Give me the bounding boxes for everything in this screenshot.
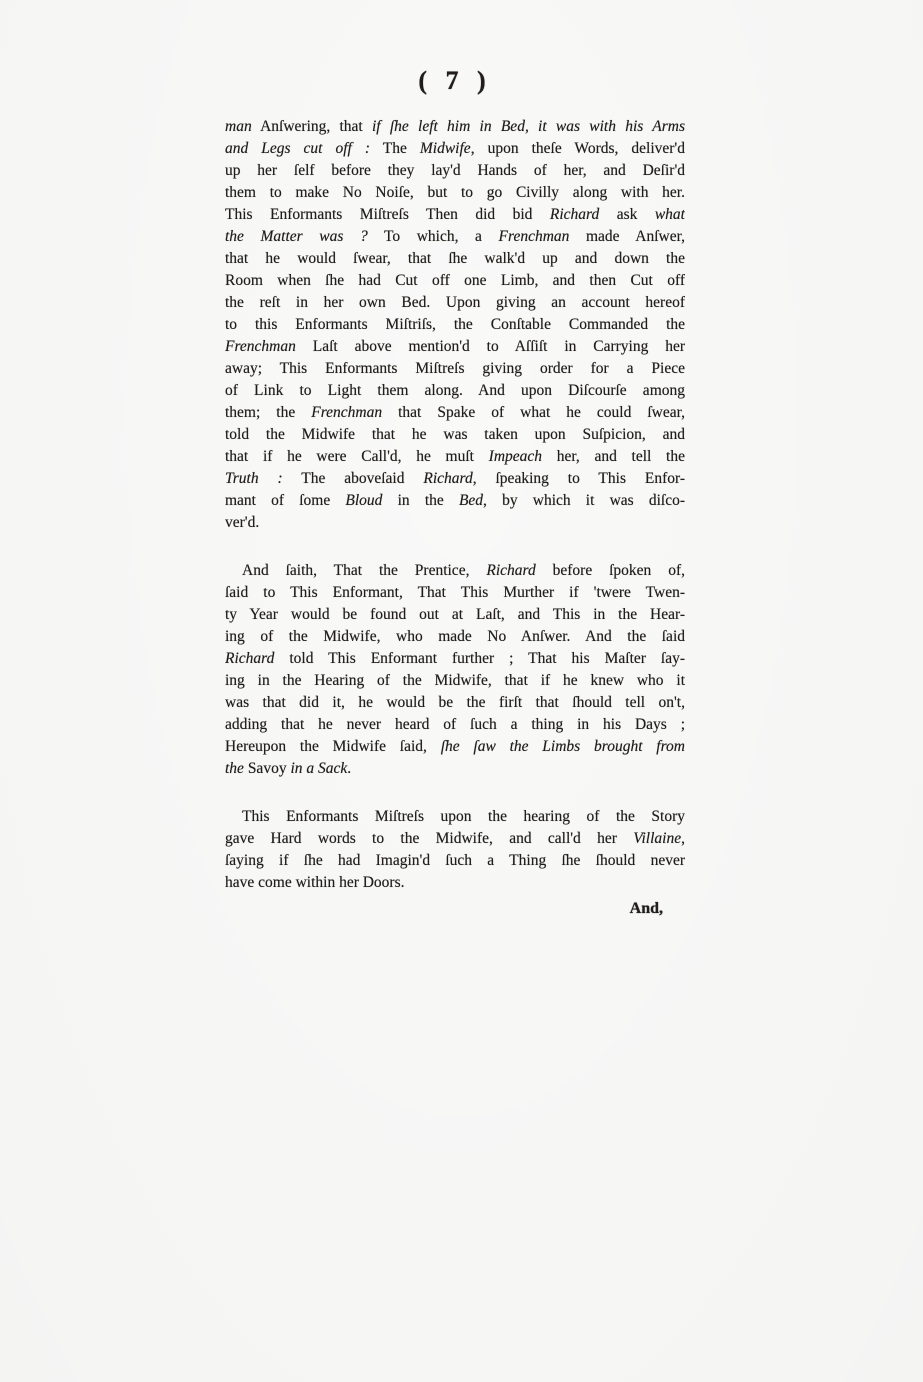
text-line: gave Hard words to the Midwife, and call… bbox=[225, 828, 685, 850]
italic-text-segment: Impeach bbox=[489, 448, 542, 465]
text-line: have come within her Doors. bbox=[225, 872, 685, 894]
text-line: ſaying if ſhe had Imagin'd ſuch a Thing … bbox=[225, 850, 685, 872]
text-segment: gave Hard words to the Midwife, and call… bbox=[225, 830, 633, 847]
text-segment: ask bbox=[599, 206, 655, 223]
text-line: man Anſwering, that if ſhe left him in B… bbox=[225, 116, 685, 138]
text-segment: , upon theſe Words, deliver'd bbox=[471, 140, 685, 157]
text-segment: have come within her Doors. bbox=[225, 874, 405, 891]
text-segment: , by which it was diſco- bbox=[483, 492, 685, 509]
text-segment: Hereupon the Midwife ſaid, bbox=[225, 738, 441, 755]
page-number: ( 7 ) bbox=[225, 66, 685, 96]
text-line: ty Year would be found out at Laſt, and … bbox=[225, 604, 685, 626]
text-line: ing in the Hearing of the Midwife, that … bbox=[225, 670, 685, 692]
paragraph: man Anſwering, that if ſhe left him in B… bbox=[225, 116, 685, 534]
text-line: told the Midwife that he was taken upon … bbox=[225, 424, 685, 446]
text-segment: to this Enformants Miſtriſs, the Conſtab… bbox=[225, 316, 685, 333]
catchword: And, bbox=[225, 900, 685, 918]
paragraph: And ſaith, That the Prentice, Richard be… bbox=[225, 560, 685, 780]
italic-text-segment: Frenchman bbox=[225, 338, 296, 355]
text-line: Truth : The aboveſaid Richard, ſpeaking … bbox=[225, 468, 685, 490]
text-segment: them; the bbox=[225, 404, 311, 421]
italic-text-segment: the Matter was ? bbox=[225, 228, 368, 245]
text-segment: told the Midwife that he was taken upon … bbox=[225, 426, 685, 443]
italic-text-segment: in a Sack bbox=[290, 760, 347, 777]
italic-text-segment: Truth : bbox=[225, 470, 283, 487]
text-segment: adding that he never heard of ſuch a thi… bbox=[225, 716, 685, 733]
text-segment: ing of the Midwife, who made No Anſwer. … bbox=[225, 628, 685, 645]
text-line: that if he were Call'd, he muſt Impeach … bbox=[225, 446, 685, 468]
text-line: was that did it, he would be the firſt t… bbox=[225, 692, 685, 714]
text-segment: mant of ſome bbox=[225, 492, 345, 509]
italic-text-segment: Frenchman bbox=[499, 228, 570, 245]
text-segment: The aboveſaid bbox=[283, 470, 424, 487]
italic-text-segment: Bed bbox=[459, 492, 483, 509]
text-segment: Savoy bbox=[244, 760, 291, 777]
text-line: ing of the Midwife, who made No Anſwer. … bbox=[225, 626, 685, 648]
text-line: the Savoy in a Sack. bbox=[225, 758, 685, 780]
document-page: ( 7 ) man Anſwering, that if ſhe left hi… bbox=[0, 0, 923, 1382]
italic-text-segment: Richard bbox=[486, 562, 535, 579]
text-segment: ver'd. bbox=[225, 514, 259, 531]
text-segment: Anſwering, that bbox=[252, 118, 372, 135]
text-segment: ty Year would be found out at Laſt, and … bbox=[225, 606, 685, 623]
text-segment: the reſt in her own Bed. Upon giving an … bbox=[225, 294, 685, 311]
text-segment: This Enformants Miſtreſs upon the hearin… bbox=[242, 808, 685, 825]
text-segment: her, and tell the bbox=[542, 448, 685, 465]
italic-text-segment: the bbox=[225, 760, 244, 777]
italic-text-segment: Villaine bbox=[633, 830, 681, 847]
italic-text-segment: Richard bbox=[225, 650, 274, 667]
italic-text-segment: and Legs cut off : bbox=[225, 140, 370, 157]
text-line: the reſt in her own Bed. Upon giving an … bbox=[225, 292, 685, 314]
text-line: of Link to Light them along. And upon Di… bbox=[225, 380, 685, 402]
text-line: adding that he never heard of ſuch a thi… bbox=[225, 714, 685, 736]
text-segment: ſaying if ſhe had Imagin'd ſuch a Thing … bbox=[225, 852, 685, 869]
paragraph: This Enformants Miſtreſs upon the hearin… bbox=[225, 806, 685, 894]
text-segment: And ſaith, That the Prentice, bbox=[242, 562, 486, 579]
text-segment: that he would ſwear, that ſhe walk'd up … bbox=[225, 250, 685, 267]
text-line: Frenchman Laſt above mention'd to Aſſiſt… bbox=[225, 336, 685, 358]
italic-text-segment: if ſhe left him in Bed, it was with his … bbox=[372, 118, 685, 135]
text-segment: of Link to Light them along. And upon Di… bbox=[225, 382, 685, 399]
text-line: And ſaith, That the Prentice, Richard be… bbox=[225, 560, 685, 582]
text-segment: Room when ſhe had Cut off one Limb, and … bbox=[225, 272, 685, 289]
italic-text-segment: Midwife bbox=[420, 140, 471, 157]
text-segment: before ſpoken of, bbox=[536, 562, 685, 579]
text-line: that he would ſwear, that ſhe walk'd up … bbox=[225, 248, 685, 270]
text-segment: ing in the Hearing of the Midwife, that … bbox=[225, 672, 685, 689]
text-line: the Matter was ? To which, a Frenchman m… bbox=[225, 226, 685, 248]
text-segment: To which, a bbox=[368, 228, 499, 245]
text-line: Room when ſhe had Cut off one Limb, and … bbox=[225, 270, 685, 292]
text-line: to this Enformants Miſtriſs, the Conſtab… bbox=[225, 314, 685, 336]
text-segment: in the bbox=[382, 492, 459, 509]
text-segment: told This Enformant further ; That his M… bbox=[274, 650, 685, 667]
italic-text-segment: ſhe ſaw the Limbs brought from bbox=[441, 738, 685, 755]
text-segment: The bbox=[370, 140, 420, 157]
text-line: mant of ſome Bloud in the Bed, by which … bbox=[225, 490, 685, 512]
text-line: them; the Frenchman that Spake of what h… bbox=[225, 402, 685, 424]
text-line: up her ſelf before they lay'd Hands of h… bbox=[225, 160, 685, 182]
text-line: and Legs cut off : The Midwife, upon the… bbox=[225, 138, 685, 160]
text-line: away; This Enformants Miſtreſs giving or… bbox=[225, 358, 685, 380]
text-segment: , bbox=[681, 830, 685, 847]
text-line: This Enformants Miſtreſs upon the hearin… bbox=[225, 806, 685, 828]
text-line: ſaid to This Enformant, That This Murthe… bbox=[225, 582, 685, 604]
text-segment: ſaid to This Enformant, That This Murthe… bbox=[225, 584, 685, 601]
text-segment: that Spake of what he could ſwear, bbox=[382, 404, 685, 421]
text-segment: away; This Enformants Miſtreſs giving or… bbox=[225, 360, 685, 377]
text-line: them to make No Noiſe, but to go Civilly… bbox=[225, 182, 685, 204]
text-segment: This Enformants Miſtreſs Then did bid bbox=[225, 206, 550, 223]
text-segment: was that did it, he would be the firſt t… bbox=[225, 694, 685, 711]
text-segment: up her ſelf before they lay'd Hands of h… bbox=[225, 162, 685, 179]
text-segment: that if he were Call'd, he muſt bbox=[225, 448, 489, 465]
text-line: Richard told This Enformant further ; Th… bbox=[225, 648, 685, 670]
italic-text-segment: Bloud bbox=[345, 492, 382, 509]
text-segment: them to make No Noiſe, but to go Civilly… bbox=[225, 184, 685, 201]
italic-text-segment: Frenchman bbox=[311, 404, 382, 421]
text-line: ver'd. bbox=[225, 512, 685, 534]
text-block: man Anſwering, that if ſhe left him in B… bbox=[225, 116, 685, 894]
italic-text-segment: man bbox=[225, 118, 252, 135]
text-line: Hereupon the Midwife ſaid, ſhe ſaw the L… bbox=[225, 736, 685, 758]
italic-text-segment: Richard bbox=[550, 206, 599, 223]
text-line: This Enformants Miſtreſs Then did bid Ri… bbox=[225, 204, 685, 226]
italic-text-segment: what bbox=[655, 206, 685, 223]
text-segment: . bbox=[347, 760, 351, 777]
italic-text-segment: Richard bbox=[423, 470, 472, 487]
text-segment: Laſt above mention'd to Aſſiſt in Carryi… bbox=[296, 338, 685, 355]
text-segment: made Anſwer, bbox=[569, 228, 685, 245]
text-segment: , ſpeaking to This Enfor- bbox=[473, 470, 685, 487]
